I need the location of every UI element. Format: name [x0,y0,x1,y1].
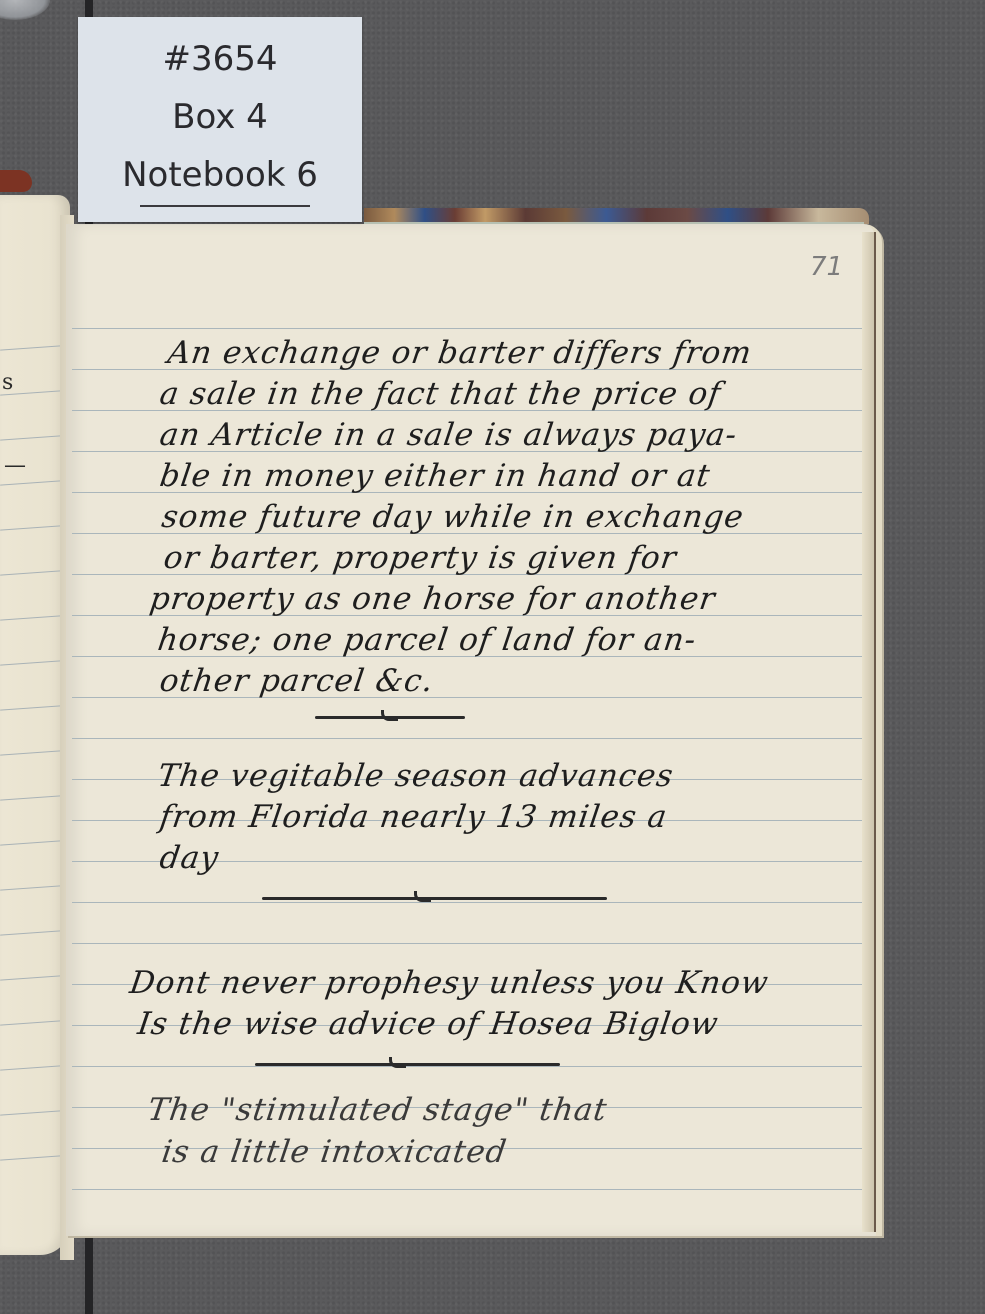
left-page-mark: s [2,370,13,395]
ruled-line [0,885,66,891]
label-underline [140,205,310,207]
ruled-line [0,1110,66,1116]
box-number: Box 4 [78,97,362,137]
ruled-line [72,1189,868,1190]
ruled-line [0,1155,66,1161]
handwritten-line: from Florida nearly 13 miles a [157,799,669,835]
ruled-line [0,615,66,621]
section-divider-flourish [255,1063,560,1066]
handwritten-line: is a little intoxicated [159,1134,509,1170]
handwritten-line: Is the wise advice of Hosea Biglow [135,1006,720,1042]
ruled-line [0,705,66,711]
handwritten-line: an Article in a sale is always paya- [157,417,739,453]
ruled-line [0,750,66,756]
handwritten-line: ble in money either in hand or at [157,458,712,494]
handwritten-line: some future day while in exchange [159,499,746,535]
handwritten-line: An exchange or barter differs from [165,335,754,371]
handwritten-line: a sale in the fact that the price of [157,376,723,412]
ruled-line [72,943,868,944]
ruled-line [0,660,66,666]
page-number: 71 [810,252,843,282]
ruled-line [0,1020,66,1026]
section-divider-flourish [262,897,607,900]
handwritten-line: day [157,840,221,876]
handwritten-line: or barter, property is given for [161,540,679,576]
page-stack-edge [862,232,876,1232]
accession-number: #3654 [78,39,362,79]
ruled-line [0,1065,66,1071]
ruled-line [72,1066,868,1067]
ruled-line [0,345,66,351]
handwritten-line: Dont never prophesy unless you Know [127,965,771,1001]
section-divider-flourish [315,716,465,719]
ruled-line [72,328,868,329]
ruled-line [72,902,868,903]
ruled-line [0,840,66,846]
ruled-line [0,570,66,576]
ruled-line [0,435,66,441]
ruled-line [0,930,66,936]
notebook-number: Notebook 6 [78,155,362,195]
ruled-line [0,975,66,981]
ruled-line [0,525,66,531]
ruled-line [72,738,868,739]
red-cover-corner [0,170,32,192]
handwritten-line: other parcel &c. [157,663,436,699]
ruled-line [0,795,66,801]
archive-label: #3654 Box 4 Notebook 6 [78,17,362,222]
handwritten-line: The vegitable season advances [155,758,675,794]
ruled-line [0,480,66,486]
handwritten-line: The "stimulated stage" that [145,1092,609,1128]
handwritten-line: horse; one parcel of land for an- [155,622,698,658]
left-page-mark: — [4,453,26,478]
handwritten-line: property as one horse for another [147,581,717,617]
